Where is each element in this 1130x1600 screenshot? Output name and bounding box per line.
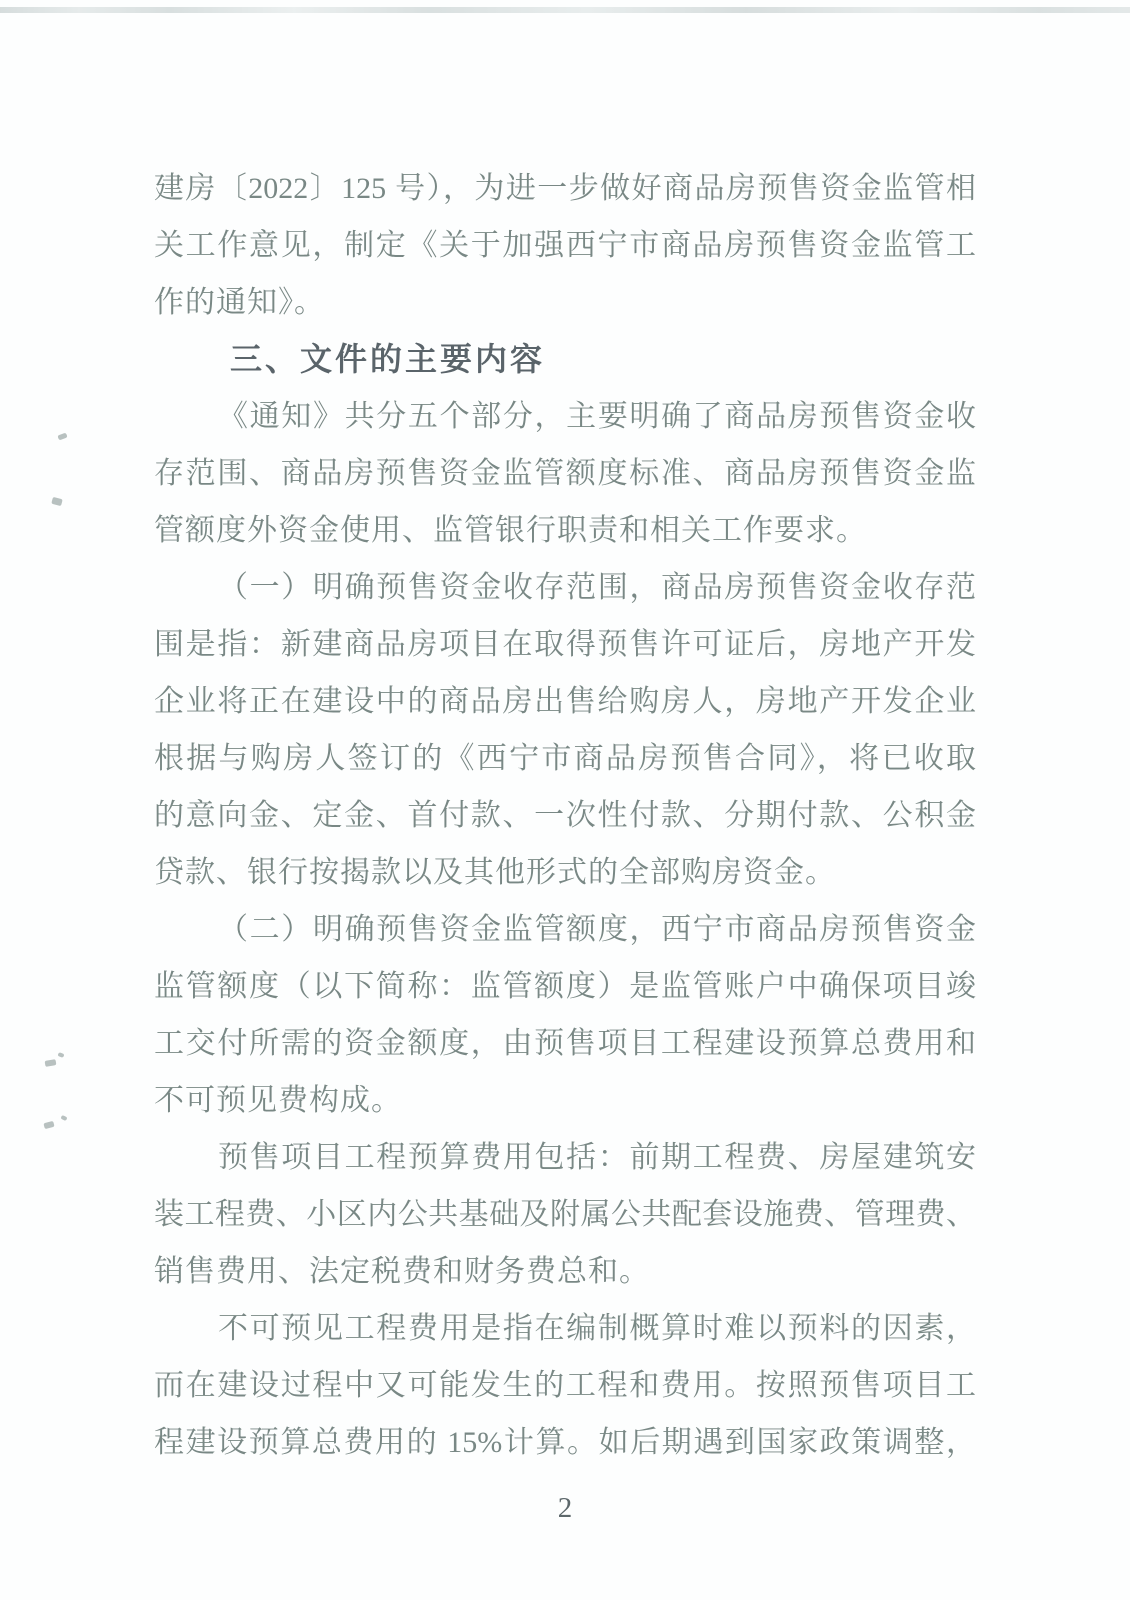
document-line: 围是指：新建商品房项目在取得预售许可证后，房地产开发 [154,616,976,673]
document-line: （二）明确预售资金监管额度，西宁市商品房预售资金 [154,901,976,958]
document-line: 而在建设过程中又可能发生的工程和费用。按照预售项目工 [154,1357,976,1414]
scan-speck [45,1059,57,1067]
document-line: 工交付所需的资金额度，由预售项目工程建设预算总费用和 [154,1015,976,1072]
document-body: 建房〔2022〕125 号），为进一步做好商品房预售资金监管相 关工作意见，制定… [154,160,976,1471]
section-heading: 三、文件的主要内容 [154,331,976,388]
document-line: 企业将正在建设中的商品房出售给购房人，房地产开发企业 [154,673,976,730]
document-line: 程建设预算总费用的 15%计算。如后期遇到国家政策调整， [154,1414,976,1471]
document-line: 关工作意见，制定《关于加强西宁市商品房预售资金监管工 [154,217,976,274]
page-number: 2 [0,1490,1130,1526]
document-line: 根据与购房人签订的《西宁市商品房预售合同》，将已收取 [154,730,976,787]
document-line: 贷款、银行按揭款以及其他形式的全部购房资金。 [154,844,976,901]
scanned-document-page: 建房〔2022〕125 号），为进一步做好商品房预售资金监管相 关工作意见，制定… [0,0,1130,1600]
document-line: 建房〔2022〕125 号），为进一步做好商品房预售资金监管相 [154,160,976,217]
scan-speck [57,433,67,441]
document-line: 不可预见费构成。 [154,1072,976,1129]
scan-speck [43,1121,54,1129]
document-line: 预售项目工程预算费用包括：前期工程费、房屋建筑安 [154,1129,976,1186]
document-line: 装工程费、小区内公共基础及附属公共配套设施费、管理费、 [154,1186,976,1243]
document-line: 存范围、商品房预售资金监管额度标准、商品房预售资金监 [154,445,976,502]
scan-speck [57,1052,64,1058]
document-line: 监管额度（以下简称：监管额度）是监管账户中确保项目竣 [154,958,976,1015]
document-line: 销售费用、法定税费和财务费总和。 [154,1243,976,1300]
document-line: 管额度外资金使用、监管银行职责和相关工作要求。 [154,502,976,559]
document-line: 不可预见工程费用是指在编制概算时难以预料的因素， [154,1300,976,1357]
document-line: 作的通知》。 [154,274,976,331]
document-line: 的意向金、定金、首付款、一次性付款、分期付款、公积金 [154,787,976,844]
scan-speck [51,497,62,506]
document-line: 《通知》共分五个部分，主要明确了商品房预售资金收 [154,388,976,445]
scanner-edge-artifact [0,7,1130,13]
document-line: （一）明确预售资金收存范围，商品房预售资金收存范 [154,559,976,616]
scan-speck [60,1115,67,1121]
